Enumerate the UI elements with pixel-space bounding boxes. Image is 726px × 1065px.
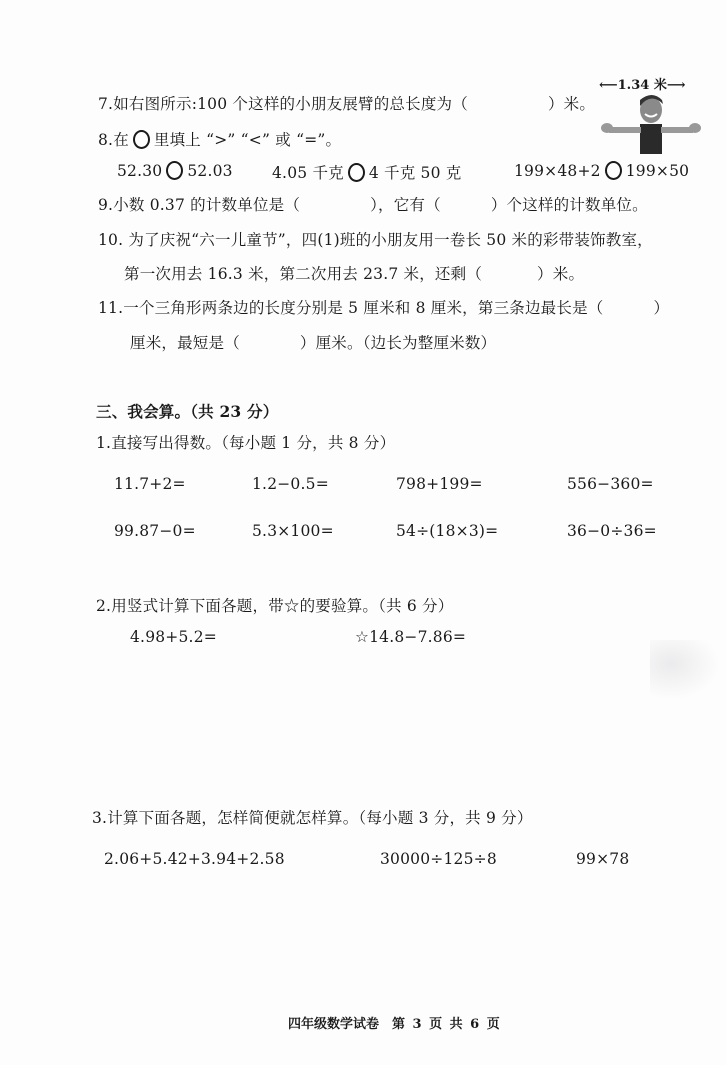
q7-text: 7.如右图所示:100 个这样的小朋友展臂的总长度为（ <box>98 95 468 113</box>
section-3-title: 三、我会算。（共 23 分） <box>96 400 278 422</box>
part-2-title: 2.用竖式计算下面各题，带☆的要验算。（共 6 分） <box>96 594 453 616</box>
q10-text-end: ）米。 <box>537 265 584 283</box>
simplify-item-3: 99×78 <box>576 850 629 868</box>
q9-text-a: 9.小数 0.37 的计数单位是（ <box>98 196 300 214</box>
q8-item-2: 4.05 千克4 千克 50 克 <box>272 161 462 183</box>
q9-text-c: ）个这样的计数单位。 <box>491 196 648 214</box>
part-1-title: 1.直接写出得数。（每小题 1 分，共 8 分） <box>96 431 395 453</box>
question-11-line-1: 11.一个三角形两条边的长度分别是 5 厘米和 8 厘米，第三条边最长是（） <box>98 296 669 318</box>
circle-placeholder-icon <box>133 130 150 149</box>
calc-item-5: 99.87−0= <box>114 522 196 540</box>
compare-circle-2[interactable] <box>348 163 365 182</box>
q8-item-1-right: 52.03 <box>187 162 232 180</box>
question-10-line-1: 10. 为了庆祝“六一儿童节”，四(1)班的小朋友用一卷长 50 米的彩带装饰教… <box>98 228 653 250</box>
calc-item-1: 11.7+2= <box>114 475 186 493</box>
calc-item-2: 1.2−0.5= <box>252 475 329 493</box>
part-3-title: 3.计算下面各题，怎样简便就怎样算。（每小题 3 分，共 9 分） <box>92 806 533 828</box>
q8-item-3-left: 199×48+2 <box>514 162 601 180</box>
q8-item-1-left: 52.30 <box>117 162 162 180</box>
question-7: 7.如右图所示:100 个这样的小朋友展臂的总长度为（）米。 <box>98 92 595 114</box>
scan-smudge <box>650 640 720 700</box>
calc-item-6: 5.3×100= <box>252 522 334 540</box>
question-11-line-2: 厘米，最短是（）厘米。（边长为整厘米数） <box>130 331 496 353</box>
question-8: 8.在里填上 “>” “<” 或 “=”。 <box>98 128 341 150</box>
q11-text-end: ） <box>653 299 669 317</box>
compare-circle-3[interactable] <box>605 161 622 180</box>
q9-text-b: ），它有（ <box>370 196 441 214</box>
q11-text-2: 厘米，最短是（ <box>130 334 240 352</box>
vertical-calc-item-2: ☆14.8−7.86= <box>355 628 466 646</box>
q8-item-1: 52.3052.03 <box>117 161 233 180</box>
calc-item-7: 54÷(18×3)= <box>396 522 498 540</box>
vertical-calc-item-1: 4.98+5.2= <box>130 628 217 646</box>
calc-item-4: 556−360= <box>567 475 654 493</box>
calc-item-3: 798+199= <box>396 475 483 493</box>
q8-text: 8.在 <box>98 131 129 149</box>
question-9: 9.小数 0.37 的计数单位是（），它有（）个这样的计数单位。 <box>98 193 648 215</box>
calc-item-8: 36−0÷36= <box>567 522 657 540</box>
child-armspan-figure: ⟵1.34 米⟶ <box>597 74 707 154</box>
q11-text: 11.一个三角形两条边的长度分别是 5 厘米和 8 厘米，第三条边最长是（ <box>98 299 603 317</box>
q8-text-end: 里填上 “>” “<” 或 “=”。 <box>154 131 341 149</box>
q8-item-3-right: 199×50 <box>626 162 690 180</box>
simplify-item-1: 2.06+5.42+3.94+2.58 <box>104 850 285 868</box>
q10-text: 第一次用去 16.3 米，第二次用去 23.7 米，还剩（ <box>124 265 482 283</box>
compare-circle-1[interactable] <box>166 161 183 180</box>
q8-item-2-left: 4.05 千克 <box>272 164 344 182</box>
q7-text-end: ）米。 <box>548 95 595 113</box>
q11-text-2-end: ）厘米。（边长为整厘米数） <box>300 334 496 352</box>
q8-item-3: 199×48+2199×50 <box>514 161 689 180</box>
child-icon <box>597 88 707 158</box>
question-10-line-2: 第一次用去 16.3 米，第二次用去 23.7 米，还剩（）米。 <box>124 262 584 284</box>
q8-item-2-right: 4 千克 50 克 <box>369 164 462 182</box>
page-footer: 四年级数学试卷 第 3 页 共 6 页 <box>288 1013 500 1032</box>
simplify-item-2: 30000÷125÷8 <box>380 850 497 868</box>
